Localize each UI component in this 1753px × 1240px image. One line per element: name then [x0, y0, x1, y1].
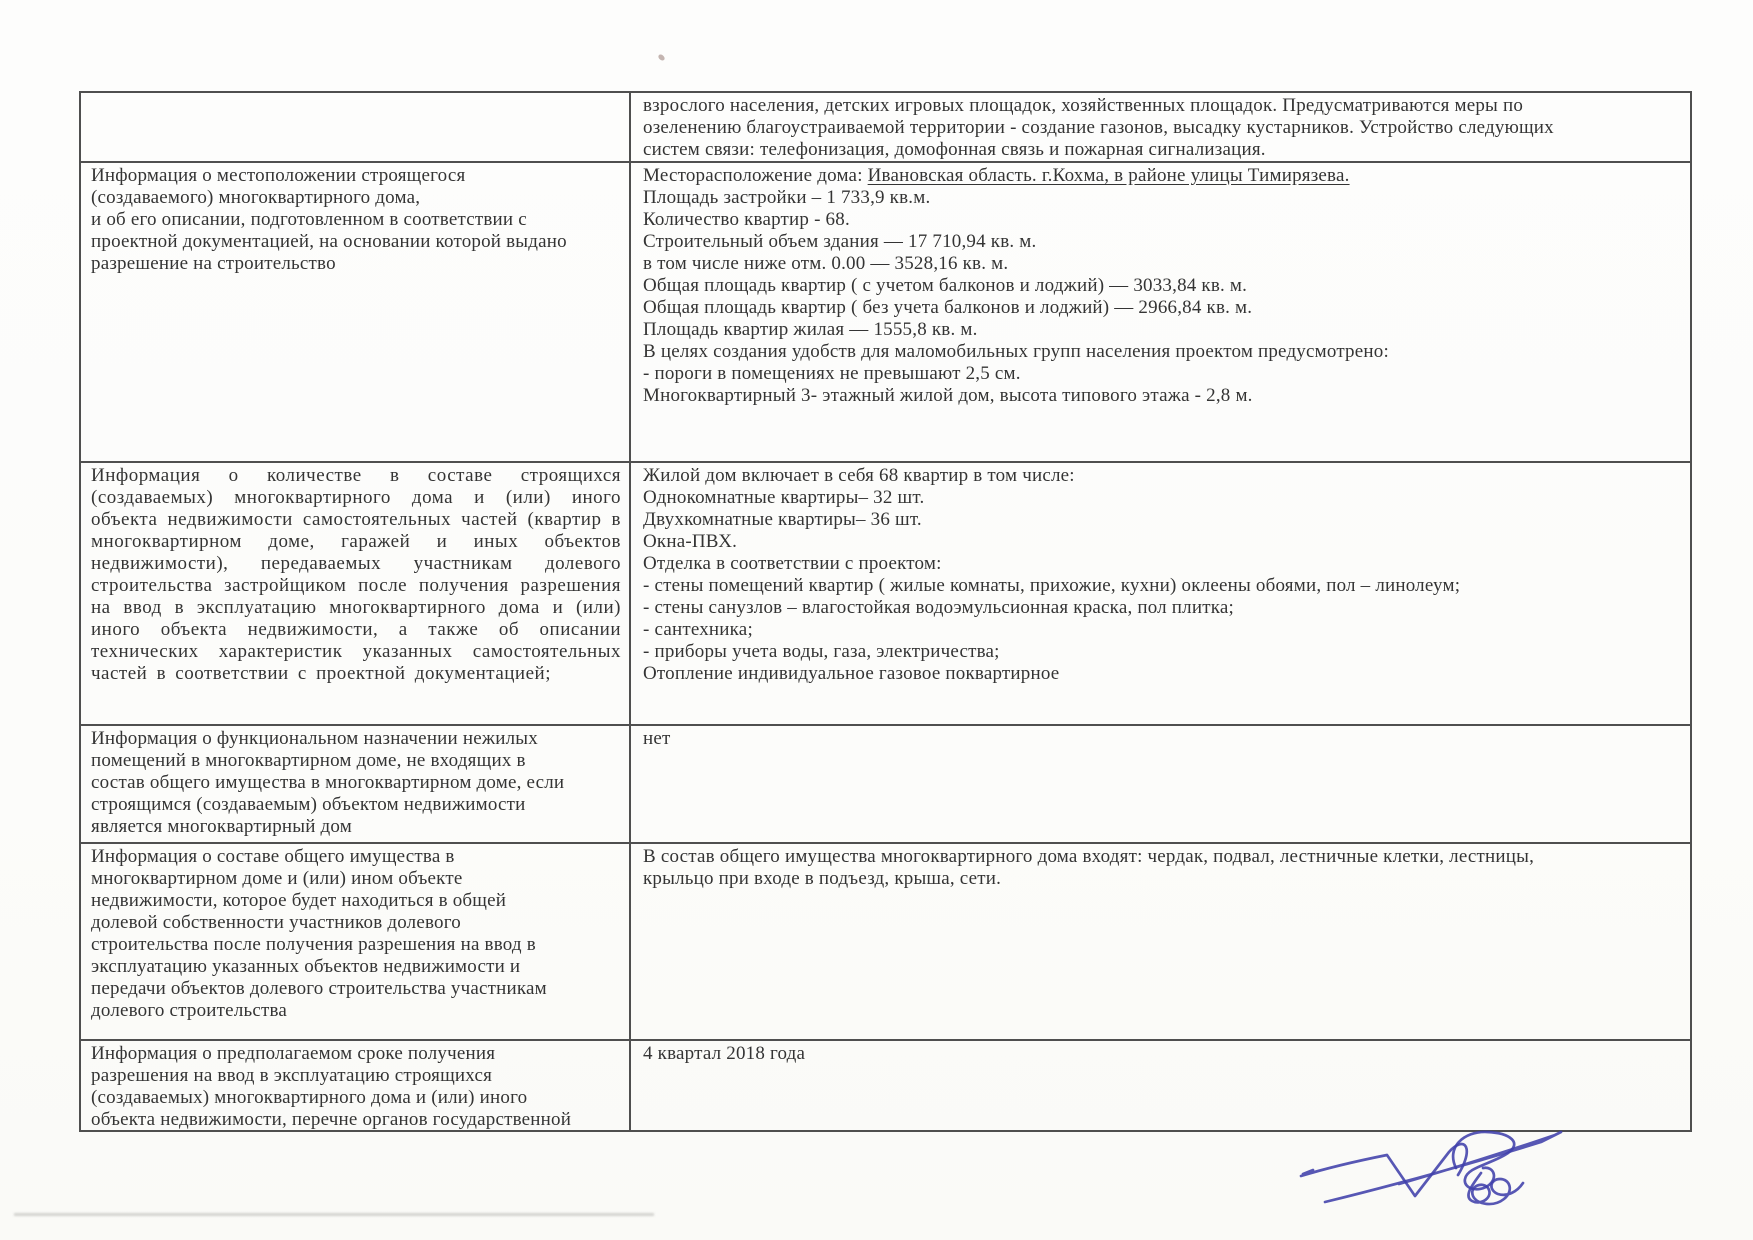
location-line: Месторасположение дома: Ивановская облас… [643, 165, 1682, 187]
row4-left-cell: Информация о функциональном назначении н… [80, 725, 630, 843]
scanned-document-page: взрослого населения, детских игровых пло… [0, 0, 1753, 1240]
landscaping-text: взрослого населения, детских игровых пло… [643, 95, 1682, 161]
table-row-common-property: Информация о составе общего имущества в … [80, 843, 1691, 1040]
row4-right-cell: нет [630, 725, 1691, 843]
apartments-details-text: Жилой дом включает в себя 68 квартир в т… [643, 465, 1682, 685]
location-label: Месторасположение дома: [643, 165, 868, 186]
row2-right-cell: Месторасположение дома: Ивановская облас… [630, 162, 1691, 462]
row1-left-cell [80, 92, 630, 162]
table-row-location: Информация о местоположении строящегося … [80, 162, 1691, 462]
apartments-question-text: Информация о количестве в составе строящ… [91, 465, 621, 685]
scan-speck [657, 53, 666, 61]
row2-left-cell: Информация о местоположении строящегося … [80, 162, 630, 462]
scan-smudge-line [14, 1213, 654, 1216]
completion-date-text: 4 квартал 2018 года [643, 1043, 1682, 1065]
project-declaration-table: взрослого населения, детских игровых пло… [79, 91, 1692, 1132]
signature-stroke [1325, 1132, 1561, 1202]
table-row-apartments: Информация о количестве в составе строящ… [80, 462, 1691, 725]
common-property-answer-text: В состав общего имущества многоквартирно… [643, 846, 1682, 890]
table-row-completion-date: Информация о предполагаемом сроке получе… [80, 1040, 1691, 1131]
building-parameters-text: Площадь застройки – 1 733,9 кв.м. Количе… [643, 187, 1682, 407]
row3-left-cell: Информация о количестве в составе строящ… [80, 462, 630, 725]
row6-left-cell: Информация о предполагаемом сроке получе… [80, 1040, 630, 1131]
row5-right-cell: В состав общего имущества многоквартирно… [630, 843, 1691, 1040]
row3-right-cell: Жилой дом включает в себя 68 квартир в т… [630, 462, 1691, 725]
handwritten-signature-icon [1295, 1122, 1635, 1237]
row6-right-cell: 4 квартал 2018 года [630, 1040, 1691, 1131]
nonresidential-question-text: Информация о функциональном назначении н… [91, 728, 621, 838]
row1-right-cell: взрослого населения, детских игровых пло… [630, 92, 1691, 162]
table-row-nonresidential: Информация о функциональном назначении н… [80, 725, 1691, 843]
nonresidential-answer-text: нет [643, 728, 1682, 750]
location-question-text: Информация о местоположении строящегося … [91, 165, 621, 275]
common-property-question-text: Информация о составе общего имущества в … [91, 846, 621, 1022]
row5-left-cell: Информация о составе общего имущества в … [80, 843, 630, 1040]
completion-question-text: Информация о предполагаемом сроке получе… [91, 1043, 621, 1130]
location-address: Ивановская область. г.Кохма, в районе ул… [868, 165, 1350, 186]
table-row-landscaping: взрослого населения, детских игровых пло… [80, 92, 1691, 162]
